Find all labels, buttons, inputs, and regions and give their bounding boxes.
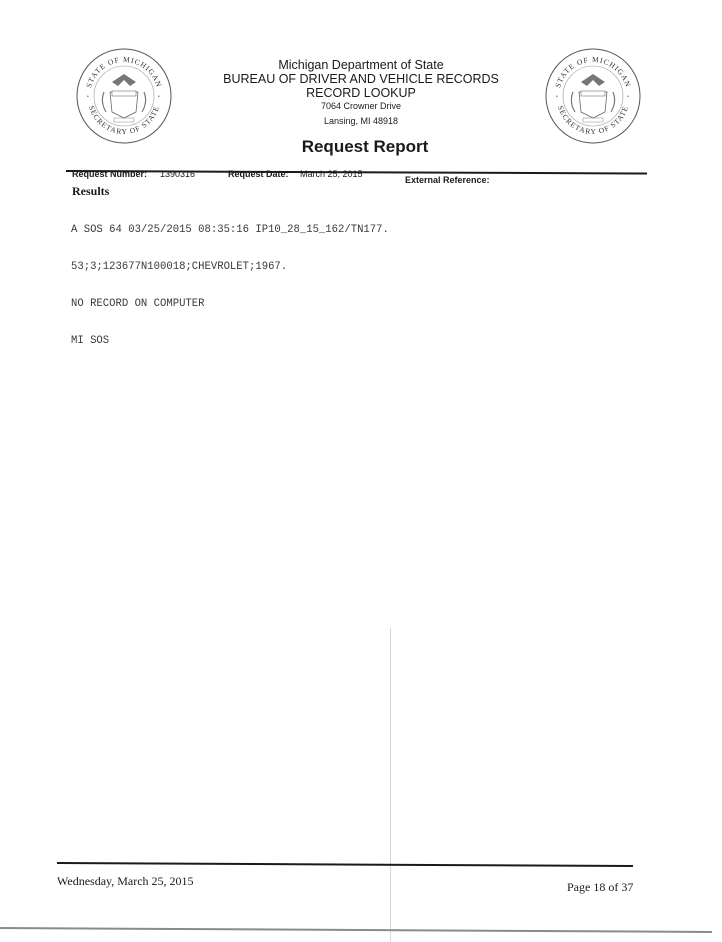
bureau-name: BUREAU OF DRIVER AND VEHICLE RECORDS bbox=[0, 72, 722, 86]
record-lookup-subtitle: RECORD LOOKUP bbox=[0, 86, 722, 100]
results-body: A SOS 64 03/25/2015 08:35:16 IP10_28_15_… bbox=[71, 199, 389, 360]
scan-page-edge bbox=[0, 927, 712, 933]
request-date-value: March 25, 2015 bbox=[300, 169, 363, 179]
results-line: 53;3;123677N100018;CHEVROLET;1967. bbox=[71, 261, 389, 273]
address-city: Lansing, MI 48918 bbox=[0, 116, 722, 126]
page-number: Page 18 of 37 bbox=[567, 880, 633, 895]
external-reference-label: External Reference: bbox=[405, 175, 490, 185]
report-title: Request Report bbox=[4, 137, 722, 157]
scan-fold-line bbox=[390, 628, 391, 942]
department-name: Michigan Department of State bbox=[0, 58, 722, 72]
footer-date: Wednesday, March 25, 2015 bbox=[57, 874, 194, 889]
footer-divider bbox=[57, 862, 633, 867]
results-line: NO RECORD ON COMPUTER bbox=[71, 298, 389, 310]
address-street: 7064 Crowner Drive bbox=[0, 101, 722, 111]
request-number-value: 1390316 bbox=[160, 169, 195, 179]
results-line: MI SOS bbox=[71, 335, 389, 347]
results-heading: Results bbox=[72, 184, 109, 199]
request-number-label: Request Number: bbox=[72, 169, 147, 179]
request-date-label: Request Date: bbox=[228, 169, 289, 179]
results-line: A SOS 64 03/25/2015 08:35:16 IP10_28_15_… bbox=[71, 224, 389, 236]
